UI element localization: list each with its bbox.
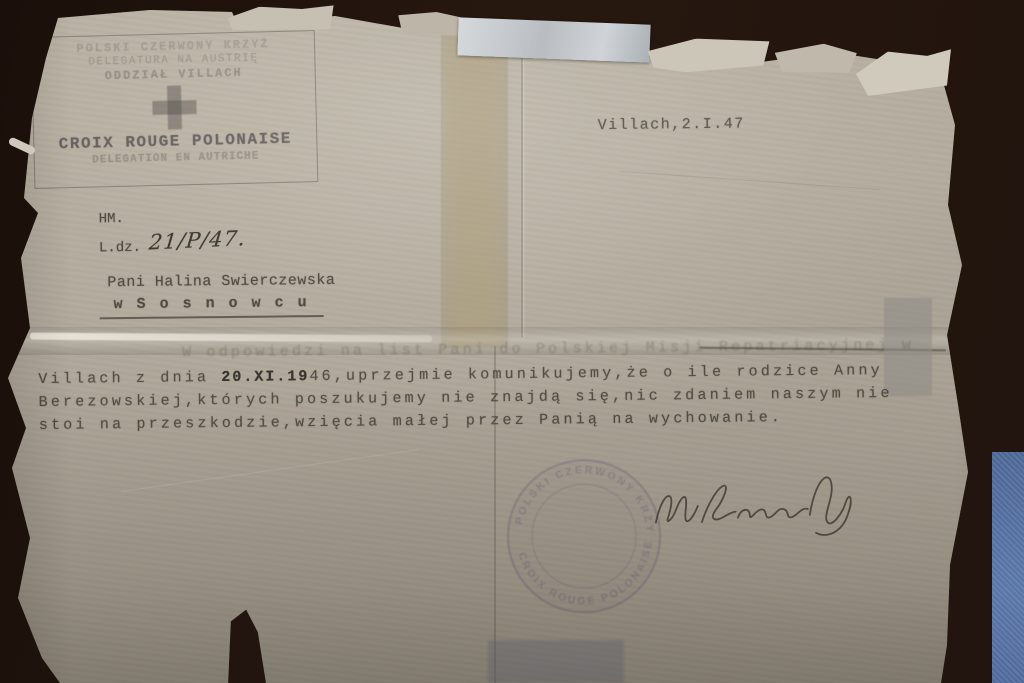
document-paper: POLSKI CZERWONY KRZYŻ DELEGATURA NA AUST…	[0, 0, 1024, 683]
stamp-line-delegation-autriche: DELEGATION EN AUTRICHE	[92, 150, 259, 166]
body-line-1-faded: W odpowiedzi na list Pani do Polskiej Mi…	[182, 337, 914, 362]
addressee-city-underlined: w S o s n o w c u	[100, 294, 324, 319]
body-line-4: stoi na przeszkodzie,wzięcia małej przez…	[39, 409, 783, 434]
ref-number-row: L.dz.21/P/47.	[99, 231, 246, 257]
photo-of-document: POLSKI CZERWONY KRZYŻ DELEGATURA NA AUST…	[0, 0, 1024, 683]
dateline: Villach,2.I.47	[598, 116, 745, 135]
body-handwritten-date: 20.XI.19	[221, 368, 309, 386]
blue-fabric-background	[992, 452, 1024, 683]
ref-prefix: HM.	[99, 211, 124, 227]
ref-label: L.dz.	[99, 240, 141, 256]
signature-ink	[643, 458, 859, 550]
red-cross-rubber-stamp-box: POLSKI CZERWONY KRZYŻ DELEGATURA NA AUST…	[31, 30, 319, 189]
silver-tape-strip	[457, 17, 650, 62]
body-line-3: Berezowskiej,których poszukujemy nie zna…	[39, 385, 893, 411]
red-cross-icon	[152, 85, 197, 130]
ref-number-handwritten: 21/P/47.	[148, 226, 247, 254]
letter-content: POLSKI CZERWONY KRZYŻ DELEGATURA NA AUST…	[0, 0, 1024, 683]
stamp-line-branch-villach: ODDZIAŁ VILLACH	[105, 66, 243, 83]
body-line-2-post: 46,uprzejmie komunikujemy,że o ile rodzi…	[309, 362, 883, 385]
body-line-2: Villach z dnia 20.XI.1946,uprzejmie komu…	[38, 362, 883, 388]
body-line-2-pre: Villach z dnia	[38, 369, 221, 388]
addressee-name: Pani Halina Swierczewska	[107, 272, 335, 291]
